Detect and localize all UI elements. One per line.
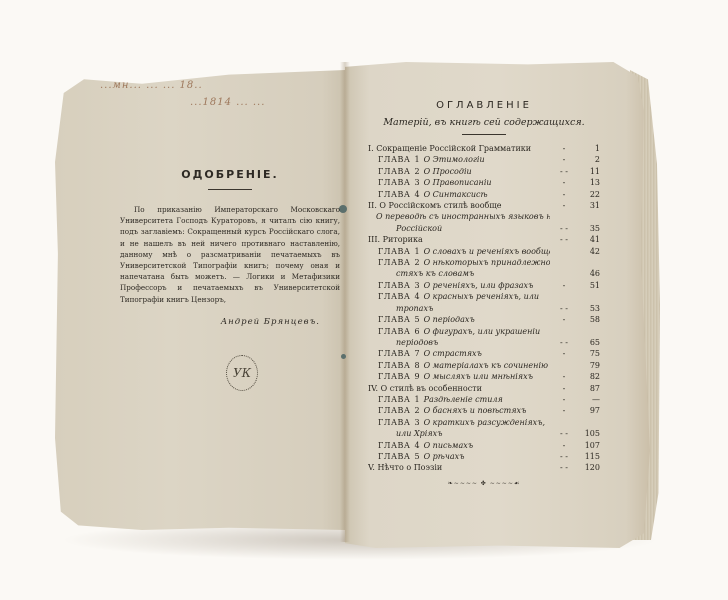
chapter-title: О матерiалахъ къ сочиненiю (424, 361, 548, 370)
toc-page-number: 31 (578, 200, 600, 211)
toc-entry-label: ГЛАВА3О Правописанiи (368, 177, 550, 188)
chapter-title: О Просодiи (424, 167, 472, 176)
chapter-label: ГЛАВА (378, 178, 410, 187)
chapter-title: О Правописанiи (424, 178, 492, 187)
chapter-label: ГЛАВА (378, 247, 410, 256)
toc-entry-label: ГЛАВА7О страстяхъ (368, 348, 550, 359)
chapter-title: О страстяхъ (424, 349, 482, 358)
toc-page-number: 42 (578, 246, 600, 257)
chapter-number: 5 (414, 452, 419, 461)
toc-page-number: 35 (578, 223, 600, 234)
chapter-title: О красныхъ реченiяхъ, или (424, 292, 539, 301)
toc-leader (550, 326, 578, 337)
toc-leader: - - (550, 303, 578, 314)
toc-entry-label: ГЛАВА1О словахъ и реченiяхъ вообще (368, 246, 550, 257)
toc-entry-label: ГЛАВА9О мысляхъ или мнѣнiяхъ (368, 371, 550, 382)
toc-leader: - (550, 371, 578, 382)
contents-subtitle: Матерiй, въ книгѣ сей содержащихся. (368, 117, 600, 128)
toc-entry: ГЛАВА9О мысляхъ или мнѣнiяхъ-82 (368, 371, 600, 382)
toc-entry-label: ГЛАВА5О перiодахъ (368, 314, 550, 325)
library-stamp-icon: УК (226, 355, 258, 391)
chapter-label: ГЛАВА (378, 167, 410, 176)
toc-leader: - (550, 280, 578, 291)
chapter-title: О нѣкоторыхъ принадлежно- (424, 258, 550, 267)
toc-entry: ГЛАВА6О фигурахъ, или украшенiи (368, 326, 600, 337)
chapter-title: О рѣчахъ (424, 452, 465, 461)
chapter-title: О фигурахъ, или украшенiи (424, 327, 541, 336)
toc-page-number (578, 417, 600, 428)
chapter-number: 3 (414, 281, 419, 290)
toc-entry-label: ГЛАВА5О рѣчахъ (368, 451, 550, 462)
toc-entry-label: или Хрiяхъ (368, 428, 550, 439)
chapter-label: ГЛАВА (378, 441, 410, 450)
chapter-number: 7 (414, 349, 419, 358)
toc-entry: или Хрiяхъ- -105 (368, 428, 600, 439)
toc-entry: IV. О стилѣ въ особенности-87 (368, 383, 600, 394)
toc-entry: тропахъ- -53 (368, 303, 600, 314)
toc-entry: I. Сокращенiе Россiйской Грамматики-1 (368, 143, 600, 154)
divider (462, 134, 506, 135)
toc-leader (550, 268, 578, 279)
chapter-number: 4 (414, 190, 419, 199)
toc-entry: ГЛАВА3О реченiяхъ, или фразахъ-51 (368, 280, 600, 291)
toc-entry-label: ГЛАВА4О Синтаксисѣ (368, 189, 550, 200)
chapter-label: ГЛАВА (378, 361, 410, 370)
toc-page-number: 107 (578, 440, 600, 451)
chapter-title: О краткихъ разсужденiяхъ, (424, 418, 545, 427)
toc-list: I. Сокращенiе Россiйской Грамматики-1ГЛА… (368, 143, 600, 474)
chapter-label: ГЛАВА (378, 258, 410, 267)
chapter-label: ГЛАВА (378, 292, 410, 301)
toc-entry: Россiйской- -35 (368, 223, 600, 234)
toc-entry: ГЛАВА4О красныхъ реченiяхъ, или (368, 291, 600, 302)
toc-entry: ГЛАВА2О басняхъ и повѣстяхъ-97 (368, 405, 600, 416)
toc-leader (550, 360, 578, 371)
chapter-number: 9 (414, 372, 419, 381)
toc-entry-label: ГЛАВА4О красныхъ реченiяхъ, или (368, 291, 550, 302)
toc-entry: III. Риторика- -41 (368, 234, 600, 245)
toc-leader: - - (550, 166, 578, 177)
toc-page-number: 51 (578, 280, 600, 291)
toc-entry-label: ГЛАВА2О Просодiи (368, 166, 550, 177)
toc-entry: ГЛАВА3О Правописанiи-13 (368, 177, 600, 188)
toc-entry-label: ГЛАВА8О матерiалахъ къ сочиненiю (368, 360, 550, 371)
chapter-title: О словахъ и реченiяхъ вообще (424, 247, 550, 256)
toc-page-number: 22 (578, 189, 600, 200)
toc-page-number: 65 (578, 337, 600, 348)
chapter-number: 3 (414, 418, 419, 427)
toc-page-number: 1 (578, 143, 600, 154)
toc-leader: - - (550, 223, 578, 234)
toc-leader: - (550, 405, 578, 416)
toc-entry: ГЛАВА2О нѣкоторыхъ принадлежно- (368, 257, 600, 268)
chapter-number: 1 (414, 247, 419, 256)
toc-entry-label: ГЛАВА1Раздѣленiе стиля (368, 394, 550, 405)
chapter-label: ГЛАВА (378, 315, 410, 324)
toc-entry: ГЛАВА8О матерiалахъ къ сочиненiю79 (368, 360, 600, 371)
toc-leader: - - (550, 337, 578, 348)
toc-entry: ГЛАВА1О Этимологiи-2 (368, 154, 600, 165)
chapter-number: 6 (414, 327, 419, 336)
chapter-number: 2 (414, 406, 419, 415)
toc-page-number: 11 (578, 166, 600, 177)
toc-entry-label: II. О Россiйскомъ стилѣ вообще (368, 200, 550, 211)
toc-page-number: 41 (578, 234, 600, 245)
toc-leader: - (550, 440, 578, 451)
toc-leader (550, 417, 578, 428)
toc-page-number: 82 (578, 371, 600, 382)
toc-entry-label: стяхъ къ словамъ (368, 268, 550, 279)
toc-entry-label: ГЛАВА3О реченiяхъ, или фразахъ (368, 280, 550, 291)
toc-page-number (578, 211, 600, 222)
toc-page-number: 87 (578, 383, 600, 394)
toc-page-number: 53 (578, 303, 600, 314)
divider (208, 189, 252, 190)
handwritten-note: ...мн... ... ... 18.. (100, 80, 203, 91)
chapter-number: 8 (414, 361, 419, 370)
toc-entry: ГЛАВА4О письмахъ-107 (368, 440, 600, 451)
toc-entry: II. О Россiйскомъ стилѣ вообще-31 (368, 200, 600, 211)
toc-entry: ГЛАВА2О Просодiи- -11 (368, 166, 600, 177)
chapter-number: 1 (414, 395, 419, 404)
approval-body: По приказанiю Императорскаго Московскаго… (120, 204, 340, 305)
toc-page-number: 79 (578, 360, 600, 371)
toc-page-number: 115 (578, 451, 600, 462)
toc-page-number: 46 (578, 268, 600, 279)
toc-entry-label: V. Нѣчто о Поэзiи (368, 462, 550, 473)
toc-entry-label: ГЛАВА2О нѣкоторыхъ принадлежно- (368, 257, 550, 268)
chapter-number: 4 (414, 292, 419, 301)
toc-entry: ГЛАВА5О рѣчахъ- -115 (368, 451, 600, 462)
chapter-number: 3 (414, 178, 419, 187)
toc-entry: ГЛАВА5О перiодахъ-58 (368, 314, 600, 325)
chapter-title: О Синтаксисѣ (424, 190, 488, 199)
toc-entry: V. Нѣчто о Поэзiи- -120 (368, 462, 600, 473)
chapter-label: ГЛАВА (378, 418, 410, 427)
toc-leader (550, 257, 578, 268)
toc-leader: - (550, 394, 578, 405)
chapter-number: 2 (414, 258, 419, 267)
toc-leader: - (550, 154, 578, 165)
toc-leader: - - (550, 462, 578, 473)
toc-leader: - - (550, 428, 578, 439)
toc-leader: - (550, 143, 578, 154)
toc-page-number: 13 (578, 177, 600, 188)
chapter-label: ГЛАВА (378, 327, 410, 336)
chapter-number: 1 (414, 155, 419, 164)
toc-entry: ГЛАВА1О словахъ и реченiяхъ вообще42 (368, 246, 600, 257)
toc-entry: О переводѣ съ иностранныхъ языковъ на (368, 211, 600, 222)
toc-entry: ГЛАВА7О страстяхъ-75 (368, 348, 600, 359)
toc-leader: - - (550, 234, 578, 245)
chapter-label: ГЛАВА (378, 452, 410, 461)
chapter-number: 4 (414, 441, 419, 450)
toc-page-number: 120 (578, 462, 600, 473)
toc-entry-label: ГЛАВА4О письмахъ (368, 440, 550, 451)
toc-page-number (578, 257, 600, 268)
toc-leader: - - (550, 451, 578, 462)
toc-page-number: 58 (578, 314, 600, 325)
toc-page-number: 97 (578, 405, 600, 416)
toc-page-number (578, 326, 600, 337)
chapter-number: 2 (414, 167, 419, 176)
toc-entry-label: О переводѣ съ иностранныхъ языковъ на (368, 211, 550, 222)
chapter-label: ГЛАВА (378, 395, 410, 404)
binding-thread-icon (339, 205, 347, 213)
chapter-title: Раздѣленiе стиля (424, 395, 503, 404)
censor-signature: Андрей Брянцевъ. (120, 317, 340, 327)
toc-entry: ГЛАВА3О краткихъ разсужденiяхъ, (368, 417, 600, 428)
toc-entry-label: перiодовъ (368, 337, 550, 348)
toc-leader: - (550, 200, 578, 211)
toc-entry-label: ГЛАВА2О басняхъ и повѣстяхъ (368, 405, 550, 416)
toc-leader: - (550, 348, 578, 359)
toc-page-number: 2 (578, 154, 600, 165)
toc-entry: перiодовъ- -65 (368, 337, 600, 348)
fleuron-ornament: ❧∼∼∼∼ ✤ ∼∼∼∼☙ (368, 480, 600, 487)
chapter-title: О басняхъ и повѣстяхъ (424, 406, 527, 415)
approval-section: ОДОБРЕНIЕ. По приказанiю Императорскаго … (120, 168, 340, 327)
toc-leader: - (550, 177, 578, 188)
chapter-label: ГЛАВА (378, 406, 410, 415)
chapter-number: 5 (414, 315, 419, 324)
chapter-label: ГЛАВА (378, 190, 410, 199)
toc-leader: - (550, 314, 578, 325)
table-of-contents: ОГЛАВЛЕНIЕ Матерiй, въ книгѣ сей содержа… (368, 100, 600, 487)
chapter-title: О Этимологiи (424, 155, 485, 164)
toc-entry-label: III. Риторика (368, 234, 550, 245)
binding-thread-icon (341, 354, 346, 359)
toc-entry: ГЛАВА1Раздѣленiе стиля-— (368, 394, 600, 405)
toc-page-number (578, 291, 600, 302)
toc-entry-label: IV. О стилѣ въ особенности (368, 383, 550, 394)
chapter-title: О мысляхъ или мнѣнiяхъ (424, 372, 533, 381)
toc-page-number: — (578, 394, 600, 405)
approval-title: ОДОБРЕНIЕ. (120, 168, 340, 181)
chapter-label: ГЛАВА (378, 372, 410, 381)
chapter-label: ГЛАВА (378, 155, 410, 164)
toc-leader: - (550, 383, 578, 394)
chapter-title: О перiодахъ (424, 315, 475, 324)
toc-entry-label: тропахъ (368, 303, 550, 314)
chapter-label: ГЛАВА (378, 349, 410, 358)
chapter-title: О письмахъ (424, 441, 474, 450)
chapter-label: ГЛАВА (378, 281, 410, 290)
stamp-monogram: УК (233, 366, 251, 380)
toc-entry: ГЛАВА4О Синтаксисѣ-22 (368, 189, 600, 200)
book-spine (340, 62, 350, 542)
contents-title: ОГЛАВЛЕНIЕ (368, 100, 600, 111)
toc-page-number: 75 (578, 348, 600, 359)
toc-entry-label: ГЛАВА3О краткихъ разсужденiяхъ, (368, 417, 550, 428)
toc-leader (550, 246, 578, 257)
toc-entry-label: ГЛАВА1О Этимологiи (368, 154, 550, 165)
chapter-title: О реченiяхъ, или фразахъ (424, 281, 534, 290)
toc-entry-label: Россiйской (368, 223, 550, 234)
toc-page-number: 105 (578, 428, 600, 439)
toc-leader (550, 291, 578, 302)
toc-entry: стяхъ къ словамъ46 (368, 268, 600, 279)
toc-leader (550, 211, 578, 222)
toc-entry-label: I. Сокращенiе Россiйской Грамматики (368, 143, 550, 154)
toc-entry-label: ГЛАВА6О фигурахъ, или украшенiи (368, 326, 550, 337)
open-book: ...мн... ... ... 18.. ...1814 ... ... ОД… (0, 0, 728, 600)
toc-leader: - (550, 189, 578, 200)
handwritten-note: ...1814 ... ... (190, 97, 265, 108)
